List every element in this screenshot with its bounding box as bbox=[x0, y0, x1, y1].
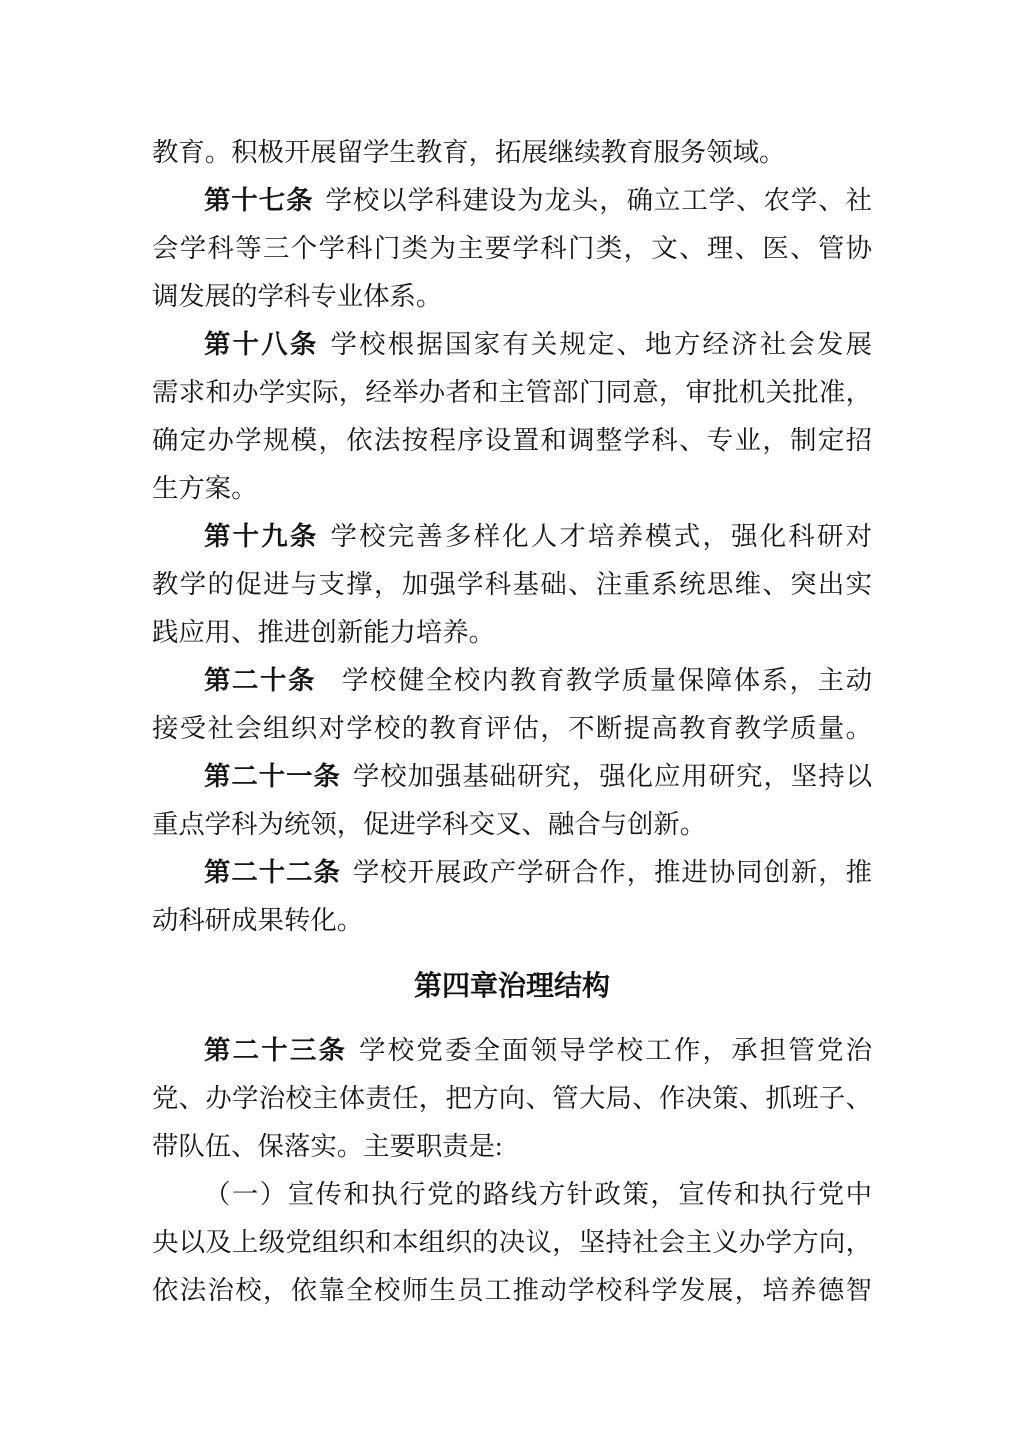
document-body: 教育。积极开展留学生教育，拓展继续教育服务领域。第十七条学校以学科建设为龙头，确… bbox=[152, 128, 872, 1314]
text-line: 需求和办学实际，经举办者和主管部门同意，审批机关批准， bbox=[152, 368, 872, 416]
text-line: 第二十条学校健全校内教育教学质量保障体系，主动 bbox=[152, 656, 872, 704]
text-line: 确定办学规模，依法按程序设置和调整学科、专业，制定招 bbox=[152, 416, 872, 464]
text-line: 重点学科为统领，促进学科交叉、融合与创新。 bbox=[152, 800, 872, 848]
text-line: 教学的促进与支撑，加强学科基础、注重系统思维、突出实 bbox=[152, 560, 872, 608]
text-line: 央以及上级党组织和本组织的决议，坚持社会主义办学方向， bbox=[152, 1218, 872, 1266]
text-line: 第二十二条学校开展政产学研合作，推进协同创新，推 bbox=[152, 848, 872, 896]
text-line: 调发展的学科专业体系。 bbox=[152, 272, 872, 320]
text-line: 第二十三条学校党委全面领导学校工作，承担管党治 bbox=[152, 1026, 872, 1074]
chapter-heading: 第四章治理结构 bbox=[152, 962, 872, 1010]
text-line: 党、办学治校主体责任，把方向、管大局、作决策、抓班子、 bbox=[152, 1074, 872, 1122]
text-line: 带队伍、保落实。主要职责是: bbox=[152, 1122, 872, 1170]
text-line: 第十八条学校根据国家有关规定、地方经济社会发展 bbox=[152, 320, 872, 368]
article-number: 第十八条 bbox=[204, 329, 318, 359]
article-number: 第十七条 bbox=[204, 185, 314, 215]
article-number: 第二十条 bbox=[204, 665, 316, 695]
text-line: 第十七条学校以学科建设为龙头，确立工学、农学、社 bbox=[152, 176, 872, 224]
text-line: 接受社会组织对学校的教育评估，不断提高教育教学质量。 bbox=[152, 704, 872, 752]
article-number: 第二十一条 bbox=[204, 761, 341, 791]
article-number: 第十九条 bbox=[204, 521, 318, 551]
text-line: 践应用、推进创新能力培养。 bbox=[152, 608, 872, 656]
article-number: 第二十三条 bbox=[204, 1035, 347, 1065]
text-line: 生方案。 bbox=[152, 464, 872, 512]
text-line: 会学科等三个学科门类为主要学科门类，文、理、医、管协 bbox=[152, 224, 872, 272]
text-line: 第十九条学校完善多样化人才培养模式，强化科研对 bbox=[152, 512, 872, 560]
text-line: 第二十一条学校加强基础研究，强化应用研究，坚持以 bbox=[152, 752, 872, 800]
text-line: （一）宣传和执行党的路线方针政策，宣传和执行党中 bbox=[152, 1170, 872, 1218]
text-line: 教育。积极开展留学生教育，拓展继续教育服务领域。 bbox=[152, 128, 872, 176]
text-line: 依法治校，依靠全校师生员工推动学校科学发展，培养德智 bbox=[152, 1266, 872, 1314]
text-line: 动科研成果转化。 bbox=[152, 896, 872, 944]
article-number: 第二十二条 bbox=[204, 857, 341, 887]
document-page: 教育。积极开展留学生教育，拓展继续教育服务领域。第十七条学校以学科建设为龙头，确… bbox=[0, 0, 1024, 1448]
